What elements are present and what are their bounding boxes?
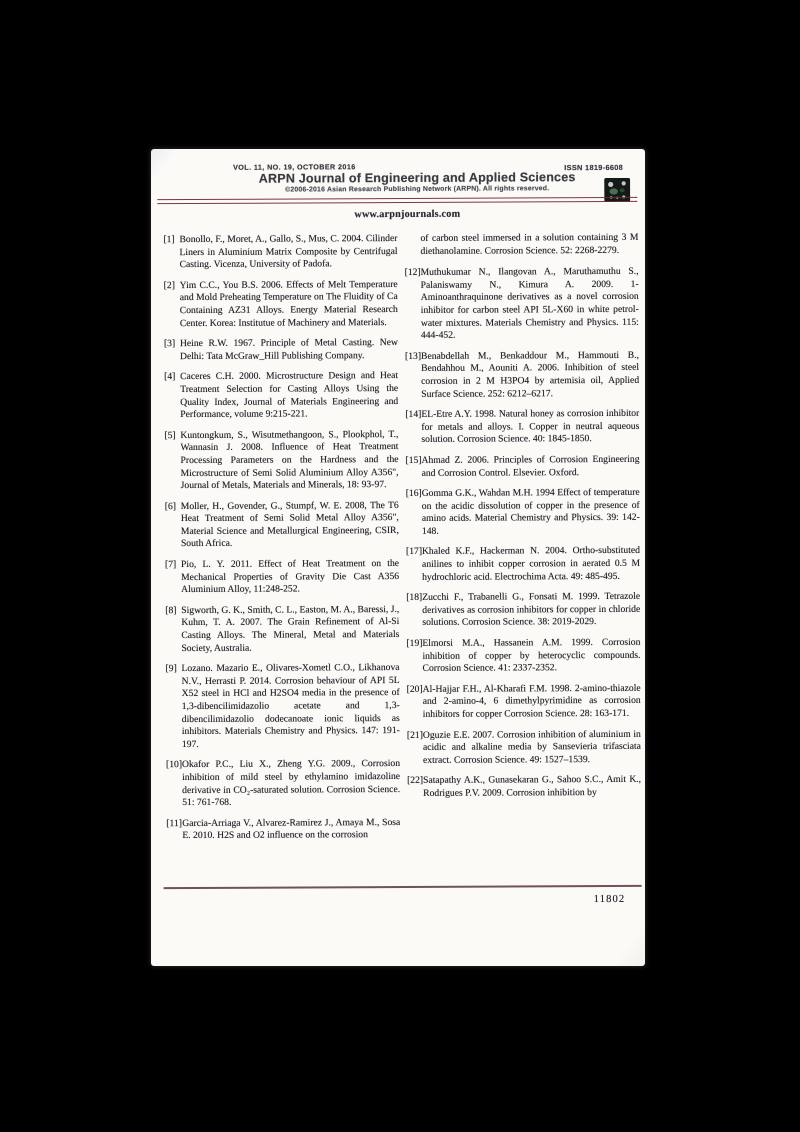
- journal-website: www.arpnjournals.com: [207, 208, 607, 221]
- reference-item: [1]Bonollo, F., Moret, A., Gallo, S., Mu…: [163, 233, 397, 272]
- reference-number: [15]: [405, 455, 421, 468]
- reference-number: [22]: [407, 775, 423, 788]
- reference-text: Khaled K.F., Hackerman N. 2004. Ortho-su…: [422, 545, 640, 582]
- reference-text: Oguzie E.E. 2007. Corrosion inhibition o…: [423, 728, 641, 765]
- reference-number: [10]: [166, 759, 182, 772]
- page-header: VOL. 11, NO. 19, OCTOBER 2016 ISSN 1819-…: [149, 148, 643, 233]
- reference-text: Garcia-Arriaga V., Alvarez-Ramirez J., A…: [182, 817, 400, 842]
- reference-text: Moller, H., Govender, G., Stumpf, W. E. …: [181, 500, 399, 550]
- reference-number: [7]: [165, 559, 176, 572]
- journal-title: ARPN Journal of Engineering and Applied …: [195, 170, 639, 186]
- reference-text: Okafor P.C., Liu X., Zheng Y.G. 2009., C…: [182, 758, 400, 808]
- reference-continuation: of carbon steel immersed in a solution c…: [404, 232, 638, 258]
- reference-number: [11]: [166, 818, 182, 831]
- reference-item: [8]Sigworth, G. K., Smith, C. L., Easton…: [165, 604, 399, 656]
- reference-number: [20]: [407, 684, 423, 697]
- reference-item: [3]Heine R.W. 1967. Principle of Metal C…: [164, 337, 398, 363]
- reference-number: [12]: [405, 267, 421, 280]
- reference-item: [18]Zucchi F., Trabanelli G., Fonsati M.…: [406, 591, 640, 630]
- reference-item: [2]Yim C.C., You B.S. 2006. Effects of M…: [164, 279, 398, 331]
- reference-item: [16]Gomma G.K., Wahdan M.H. 1994 Effect …: [406, 487, 640, 539]
- reference-number: [19]: [406, 638, 422, 651]
- footer-divider-rule: [164, 885, 642, 889]
- copyright-line: ©2006-2016 Asian Research Publishing Net…: [195, 185, 639, 194]
- reference-text: Kuntongkum, S., Wisutmethangoon, S., Plo…: [180, 429, 398, 491]
- reference-item: [9]Lozano. Mazario E., Olivares-Xometl C…: [166, 662, 400, 751]
- reference-number: [8]: [165, 605, 176, 618]
- journal-page-scan: VOL. 11, NO. 19, OCTOBER 2016 ISSN 1819-…: [151, 149, 645, 966]
- reference-text: Zucchi F., Trabanelli G., Fonsati M. 199…: [422, 591, 640, 628]
- reference-item: [21]Oguzie E.E. 2007. Corrosion inhibiti…: [407, 728, 641, 767]
- reference-number: [16]: [406, 488, 422, 501]
- reference-number: [3]: [164, 338, 175, 351]
- reference-text: Muthukumar N., Ilangovan A., Maruthamuth…: [421, 266, 639, 341]
- reference-text: Satapathy A.K., Gunasekaran G., Sahoo S.…: [423, 774, 641, 799]
- reference-number: [4]: [164, 371, 175, 384]
- reference-text: Caceres C.H. 2000. Microstructure Design…: [180, 370, 398, 420]
- reference-text: Al-Hajjar F.H., Al-Kharafi F.M. 1998. 2-…: [423, 683, 641, 720]
- reference-item: [10]Okafor P.C., Liu X., Zheng Y.G. 2009…: [166, 758, 400, 810]
- reference-number: [2]: [164, 280, 175, 293]
- reference-number: [14]: [405, 409, 421, 422]
- reference-text: Pio, L. Y. 2011. Effect of Heat Treatmen…: [181, 558, 399, 595]
- reference-text: Sigworth, G. K., Smith, C. L., Easton, M…: [181, 604, 399, 654]
- reference-number: [21]: [407, 729, 423, 742]
- reference-item: [6]Moller, H., Govender, G., Stumpf, W. …: [165, 500, 399, 552]
- reference-text: of carbon steel immersed in a solution c…: [420, 232, 638, 257]
- scanner-background: VOL. 11, NO. 19, OCTOBER 2016 ISSN 1819-…: [0, 0, 800, 1132]
- reference-number: [13]: [405, 351, 421, 364]
- reference-number: [18]: [406, 592, 422, 605]
- reference-item: [17]Khaled K.F., Hackerman N. 2004. Orth…: [406, 545, 640, 584]
- journal-title-block: ARPN Journal of Engineering and Applied …: [195, 170, 639, 194]
- references-column-left: [1]Bonollo, F., Moret, A., Gallo, S., Mu…: [163, 233, 400, 882]
- reference-item: [15]Ahmad Z. 2006. Principles of Corrosi…: [405, 454, 639, 480]
- reference-text: Heine R.W. 1967. Principle of Metal Cast…: [180, 337, 398, 362]
- page-content: VOL. 11, NO. 19, OCTOBER 2016 ISSN 1819-…: [149, 148, 647, 967]
- reference-item: [22]Satapathy A.K., Gunasekaran G., Saho…: [407, 774, 641, 800]
- reference-item: [14]EL-Etre A.Y. 1998. Natural honey as …: [405, 408, 639, 447]
- header-divider-rule: [157, 197, 637, 204]
- reference-number: [17]: [406, 546, 422, 559]
- reference-text: Benabdellah M., Benkaddour M., Hammouti …: [421, 350, 639, 400]
- reference-text: Gomma G.K., Wahdan M.H. 1994 Effect of t…: [422, 487, 640, 537]
- reference-item: [19]Elmorsi M.A., Hassanein A.M. 1999. C…: [406, 637, 640, 676]
- references-column-right: of carbon steel immersed in a solution c…: [404, 232, 641, 881]
- reference-text: Bonollo, F., Moret, A., Gallo, S., Mus, …: [179, 233, 397, 270]
- reference-item: [4]Caceres C.H. 2000. Microstructure Des…: [164, 370, 398, 422]
- reference-number: [9]: [166, 663, 177, 676]
- reference-item: [13]Benabdellah M., Benkaddour M., Hammo…: [405, 350, 639, 402]
- page-number: 11802: [594, 894, 626, 905]
- reference-number: [1]: [163, 234, 174, 247]
- reference-number: [6]: [165, 501, 176, 514]
- reference-number: [5]: [164, 430, 175, 443]
- reference-item: [12]Muthukumar N., Ilangovan A., Marutha…: [405, 266, 639, 343]
- reference-text: Elmorsi M.A., Hassanein A.M. 1999. Corro…: [422, 637, 640, 674]
- reference-item: [20]Al-Hajjar F.H., Al-Kharafi F.M. 1998…: [407, 683, 641, 722]
- reference-text: Yim C.C., You B.S. 2006. Effects of Melt…: [180, 279, 398, 329]
- reference-item: [11]Garcia-Arriaga V., Alvarez-Ramirez J…: [166, 817, 400, 843]
- reference-text: EL-Etre A.Y. 1998. Natural honey as corr…: [421, 408, 639, 445]
- references-section: [1]Bonollo, F., Moret, A., Gallo, S., Mu…: [163, 232, 641, 882]
- reference-item: [7]Pio, L. Y. 2011. Effect of Heat Treat…: [165, 558, 399, 597]
- reference-text: Ahmad Z. 2006. Principles of Corrosion E…: [421, 454, 639, 479]
- reference-text: Lozano. Mazario E., Olivares-Xometl C.O.…: [182, 662, 400, 750]
- reference-item: [5]Kuntongkum, S., Wisutmethangoon, S., …: [164, 429, 398, 493]
